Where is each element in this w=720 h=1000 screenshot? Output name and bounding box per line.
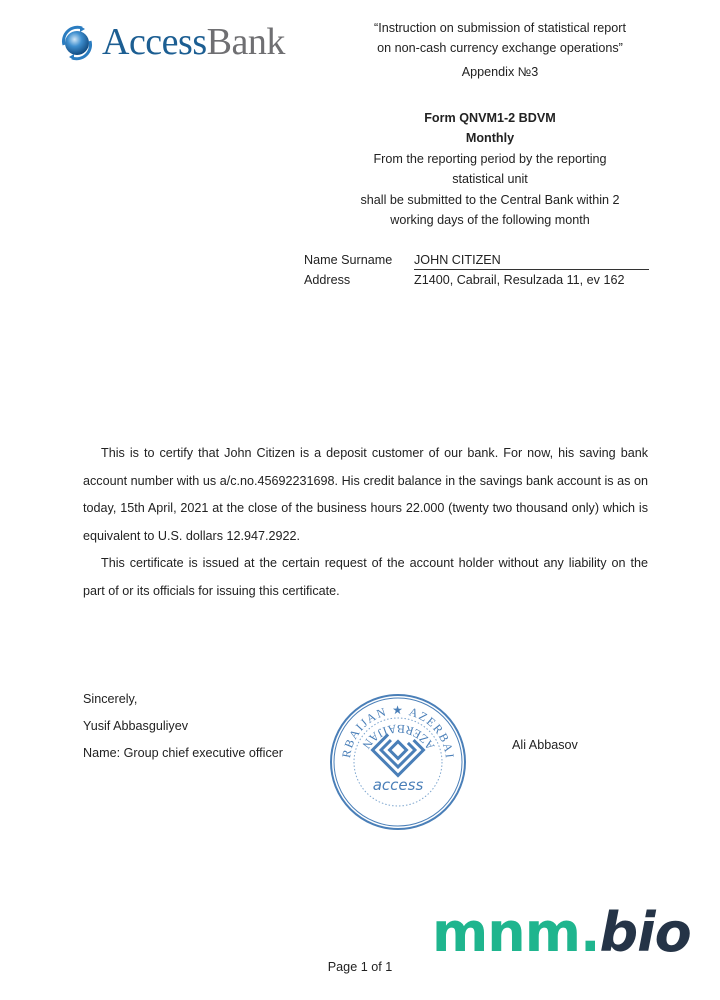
- signature-block: Sincerely, Yusif Abbasguliyev Name: Grou…: [83, 686, 283, 767]
- form-frequency: Monthly: [330, 128, 650, 148]
- globe-arrows-icon: [58, 23, 96, 61]
- form-line-2: statistical unit: [330, 169, 650, 189]
- page-number: Page 1 of 1: [300, 960, 420, 974]
- instruction-line-2: on non-cash currency exchange operations…: [345, 38, 655, 58]
- signer-name: Yusif Abbasguliyev: [83, 713, 283, 740]
- form-line-3: shall be submitted to the Central Bank w…: [330, 190, 650, 210]
- name-underline: [414, 269, 649, 270]
- logo-word-bank: Bank: [207, 21, 285, 63]
- name-row: Name Surname JOHN CITIZEN: [304, 250, 649, 270]
- form-line-4: working days of the following month: [330, 210, 650, 230]
- certificate-paragraph-2: This certificate is issued at the certai…: [83, 550, 648, 605]
- signer-title: Name: Group chief executive officer: [83, 740, 283, 767]
- address-row: Address Z1400, Cabrail, Resulzada 11, ev…: [304, 270, 649, 290]
- address-label: Address: [304, 270, 414, 290]
- access-bank-logo: AccessBank: [58, 20, 285, 64]
- certificate-paragraph-1: This is to certify that John Citizen is …: [83, 440, 648, 550]
- form-code: Form QNVM1-2 BDVM: [330, 108, 650, 128]
- name-value: JOHN CITIZEN: [414, 250, 649, 270]
- certificate-body: This is to certify that John Citizen is …: [83, 440, 648, 605]
- customer-info: Name Surname JOHN CITIZEN Address Z1400,…: [304, 250, 649, 290]
- logo-word-access: Access: [102, 21, 207, 63]
- name-label: Name Surname: [304, 250, 414, 270]
- watermark-part-1: mnm.: [432, 901, 600, 964]
- instruction-title: “Instruction on submission of statistica…: [345, 18, 655, 58]
- second-signer-name: Ali Abbasov: [512, 738, 578, 752]
- watermark: mnm.bio: [432, 898, 691, 968]
- appendix-label: Appendix №3: [345, 65, 655, 79]
- form-line-1: From the reporting period by the reporti…: [330, 149, 650, 169]
- watermark-part-2: bio: [600, 901, 691, 964]
- stamp-center-text: access: [373, 776, 424, 794]
- form-info: Form QNVM1-2 BDVM Monthly From the repor…: [330, 108, 650, 230]
- instruction-line-1: “Instruction on submission of statistica…: [345, 18, 655, 38]
- bank-stamp: AZERBAIJAN ★ AZERBAIJAN AZERBAIJAN acces…: [328, 692, 468, 832]
- closing: Sincerely,: [83, 686, 283, 713]
- address-value: Z1400, Cabrail, Resulzada 11, ev 162: [414, 270, 649, 290]
